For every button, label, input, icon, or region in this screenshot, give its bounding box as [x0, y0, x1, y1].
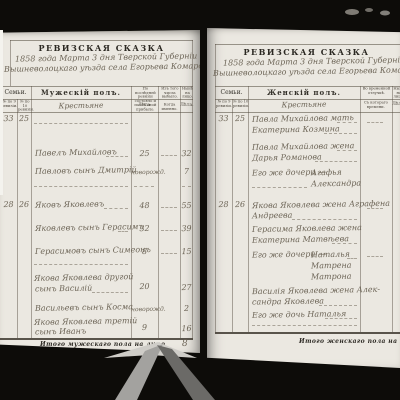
daughter-name: Матрена [311, 261, 352, 271]
column-line [248, 86, 249, 332]
male-total-value: 8 [182, 339, 188, 349]
col-header-family-10th: № по 10 ревизіи. [18, 100, 32, 112]
form-top-rule [215, 44, 400, 45]
column-line [131, 86, 132, 338]
col-header-departed: Изъ того числа выбыло. [159, 87, 181, 99]
dash-leader [161, 253, 177, 254]
dash-leader [292, 219, 357, 220]
dash-leader [315, 161, 357, 162]
daughter-name: Александра [311, 179, 361, 189]
dash-leader [161, 155, 177, 156]
dash-leader [104, 208, 128, 209]
daughter-name: Матрона [311, 272, 352, 282]
dash-leader [34, 264, 128, 265]
age-prev: новорожд. [131, 306, 158, 313]
column-line [392, 86, 393, 332]
col-header-family: Семьи. [215, 89, 248, 96]
male-name: Павловъ сынъ Дмитрій [35, 165, 137, 176]
subheader-years: Лѣта. [392, 102, 400, 107]
family-no-9th: 28 [1, 200, 16, 209]
col-header-family: Семьи. [0, 89, 31, 96]
book-edge-speck [380, 11, 390, 16]
col-header-family-10th: № по 10 ревизіи. [233, 100, 249, 108]
subheader-years: Лѣта. [180, 103, 193, 108]
group-label-peasants: Крестьяне [31, 100, 131, 111]
age-now: 16 [180, 324, 193, 333]
dash-leader [367, 208, 383, 209]
dash-leader [347, 258, 357, 259]
male-name-line2: сынъ Василій [35, 284, 92, 294]
age-prev: 8 [132, 247, 157, 256]
family-no-10th: 26 [233, 200, 247, 209]
age-prev: 25 [132, 149, 157, 158]
dash-leader [34, 123, 128, 124]
form-top-rule [10, 40, 193, 41]
column-line [180, 86, 181, 338]
dash-leader [325, 318, 357, 319]
column-line [17, 99, 18, 338]
age-now: 27 [180, 283, 193, 292]
age-now: 2 [180, 304, 193, 313]
book-edge-speck [345, 9, 359, 15]
dash-leader [319, 305, 357, 306]
dash-leader [324, 133, 357, 134]
female-name-line2: сандра Яковлева [252, 296, 324, 306]
dash-leader [106, 156, 128, 157]
daughter-name: Наталья [311, 250, 350, 260]
dash-leader [161, 207, 177, 208]
form-left-rule [215, 44, 216, 332]
male-name: Якова Яковлева третій [34, 316, 137, 327]
table-body-top-rule [215, 112, 400, 113]
dash-leader [182, 186, 191, 187]
dash-leader [134, 186, 154, 187]
col-header-present: Нынѣ на лицо. [393, 87, 400, 99]
age-prev: 48 [132, 201, 157, 210]
age-prev: 20 [132, 282, 157, 291]
dash-leader [337, 150, 357, 151]
dash-leader [118, 231, 128, 232]
subheader-when: Когда именно. [159, 103, 180, 111]
col-header-female: Женскій полъ. [248, 88, 360, 97]
female-name-line2: Дарья Романова [252, 152, 322, 162]
daughter-name: Агафья [311, 168, 342, 178]
dash-leader [252, 325, 357, 326]
col-header-family-9th: № по 9 ревизіи. [216, 100, 232, 108]
col-header-male: Мужескій полъ. [31, 88, 131, 97]
female-total-label: Итого женскаго пола на лицо [299, 338, 400, 345]
family-no-10th: 26 [18, 200, 30, 209]
dash-leader [161, 230, 177, 231]
dash-leader [34, 186, 128, 187]
right-page-female: РЕВИЗСКАЯ СКАЗКА 1858 года Марта 3 дня Т… [207, 26, 400, 368]
family-no-10th: 25 [233, 114, 247, 123]
age-now: 32 [180, 149, 193, 158]
family-no-9th: 28 [216, 200, 231, 209]
male-name: Павелъ Михайловъ [35, 147, 117, 157]
family-no-9th: 33 [1, 114, 16, 123]
male-total-label: Итого мужескаго пола на лицо [40, 341, 135, 348]
age-prev: 32 [132, 224, 157, 233]
male-name: Якова Яковлева другой [34, 272, 134, 283]
bookmark-ribbon-right-leg [157, 345, 215, 400]
table-bottom-rule [215, 332, 400, 334]
dash-leader [92, 292, 128, 293]
column-line [158, 86, 159, 338]
group-label-peasants: Крестьяне [248, 99, 360, 110]
column-line [232, 99, 233, 332]
female-name-line2: Андреева [252, 211, 293, 221]
bookmark-ribbon-left-leg [115, 344, 163, 400]
age-now: 39 [180, 224, 193, 233]
female-name: Герасима Яковлева жена [252, 223, 362, 234]
age-now: 55 [180, 201, 193, 210]
age-now: 7 [180, 167, 193, 176]
age-prev: новорожд. [131, 169, 158, 176]
male-name: Яковъ Яковлевъ [35, 199, 104, 209]
age-now: 15 [180, 247, 193, 256]
col-header-temporary-absence: Во временной отлучкѣ. [361, 87, 392, 95]
left-page-male: РЕВИЗСКАЯ СКАЗКА 1858 года Марта 3 дня Т… [0, 30, 200, 353]
male-name: Васильевъ сынъ Косма [35, 302, 133, 313]
family-no-9th: 33 [216, 114, 231, 123]
age-prev: 9 [132, 323, 157, 332]
male-name-line2: сынъ Иванъ [35, 327, 86, 337]
dash-leader [332, 243, 357, 244]
column-line [360, 86, 361, 332]
dash-leader [367, 122, 383, 123]
form-right-rule [192, 40, 193, 338]
dash-leader [252, 187, 307, 188]
family-no-10th: 25 [18, 114, 30, 123]
dash-leader [367, 256, 383, 257]
column-line [31, 86, 32, 338]
col-header-present: Нынѣ на лицо. [181, 87, 194, 99]
dash-leader [337, 122, 357, 123]
subheader-since-when: Съ котораго времени. [361, 101, 391, 109]
scanned-book-photo: { "colors": { "background": "#0d0c09", "… [0, 0, 400, 400]
book-edge-speck [365, 8, 373, 12]
subheader-years: Лѣта. [133, 103, 156, 108]
table-bottom-rule [0, 338, 193, 340]
col-header-family-9th: № по 9 ревизіи. [1, 100, 18, 108]
